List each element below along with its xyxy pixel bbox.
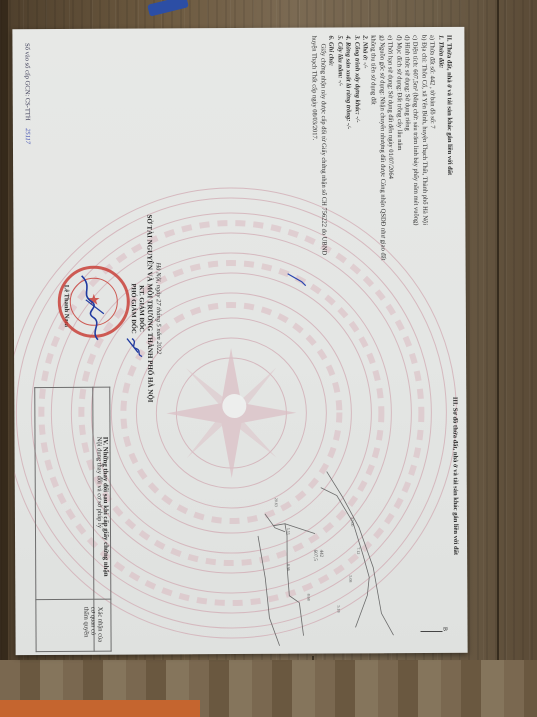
initials-signature (124, 334, 146, 358)
area-line: c) Diện tích: 607,5m² (bằng chữ: sáu tră… (410, 35, 420, 260)
edge-dimension: 20.63 (274, 498, 279, 507)
handwritten-signature (74, 274, 114, 344)
plot-area-label: 607,5 (312, 550, 317, 561)
north-arrow (421, 631, 443, 632)
pen-mark (286, 272, 308, 288)
plank-seam (497, 0, 499, 717)
note-line: Giấy chứng nhận này được cấp đổi từ Giấy… (318, 36, 328, 261)
usage-origin-line: g) Nguồn gốc sử dụng: Nhận chuyển nhượng… (377, 35, 387, 260)
issue-date: Hà Nội, ngày 27 tháng 5 năm 2022 (153, 214, 162, 402)
parcel-number-line: a) Thửa đất số: 442 , tờ bản đồ số: 7 (427, 35, 437, 260)
orange-object (0, 700, 200, 717)
plot-outline (255, 467, 396, 648)
usage-purpose-line: đ) Mục đích sử dụng: Đất trồng cây lâu n… (394, 35, 404, 260)
edge-dimension: 8.96 (286, 564, 291, 571)
north-arrow-label: B (441, 627, 447, 631)
book-entry-label: Số vào sổ cấp GCN: CS-TTH (23, 43, 30, 121)
address-line: b) Địa chỉ: Thôn Cổ, xã Yên Bình, huyện … (419, 35, 429, 260)
section-ii: II. Thửa đất, nhà ở và tài sản khác gắn … (309, 35, 453, 261)
perennial-trees-item: 5. Cây lâu năm: -/- (335, 35, 345, 260)
authority-confirmation-column-header: Xác nhận của cơ quan có thẩm quyền (82, 607, 103, 647)
book-entry-number: 25117 (24, 128, 31, 144)
book-entry-note: Số vào sổ cấp GCN: CS-TTH 25117 (22, 43, 31, 144)
other-construction-item: 3. Công trình xây dựng khác: -/- (352, 35, 362, 260)
edge-dimension: 8.68 (306, 594, 311, 601)
section-ii-heading: II. Thửa đất, nhà ở và tài sản khác gắn … (444, 35, 454, 260)
plank-seam (0, 0, 8, 717)
forest-item: 4. Rừng sản xuất là rừng trồng: -/- (343, 35, 353, 260)
usage-term-line: e) Thời hạn sử dụng: Sử dụng đất đến ngà… (385, 35, 395, 260)
edge-dimension: 7.12 (356, 547, 361, 554)
table-border (36, 651, 112, 652)
certificate-sheet: Số vào sổ cấp GCN: CS-TTH 25117 II. Thửa… (12, 27, 467, 655)
edge-dimension: 5.08 (348, 575, 353, 582)
plot-number-label: 442 (318, 550, 323, 558)
section-iii-heading: III. Sơ đồ thửa đất, nhà ở và tài sản kh… (450, 397, 459, 555)
change-content-column-header: Nội dung thay đổi và cơ sở pháp lý (94, 437, 103, 528)
edge-dimension: 5.18 (336, 605, 341, 612)
issuing-agency: SỞ TÀI NGUYÊN VÀ MÔI TRƯỜNG THÀNH PHỐ HÀ… (145, 214, 154, 402)
signature-block: Hà Nội, ngày 27 tháng 5 năm 2022 SỞ TÀI … (128, 214, 163, 402)
edge-dimension: 5.55 (286, 528, 291, 535)
edge-dimension: 27.00 (350, 517, 355, 526)
